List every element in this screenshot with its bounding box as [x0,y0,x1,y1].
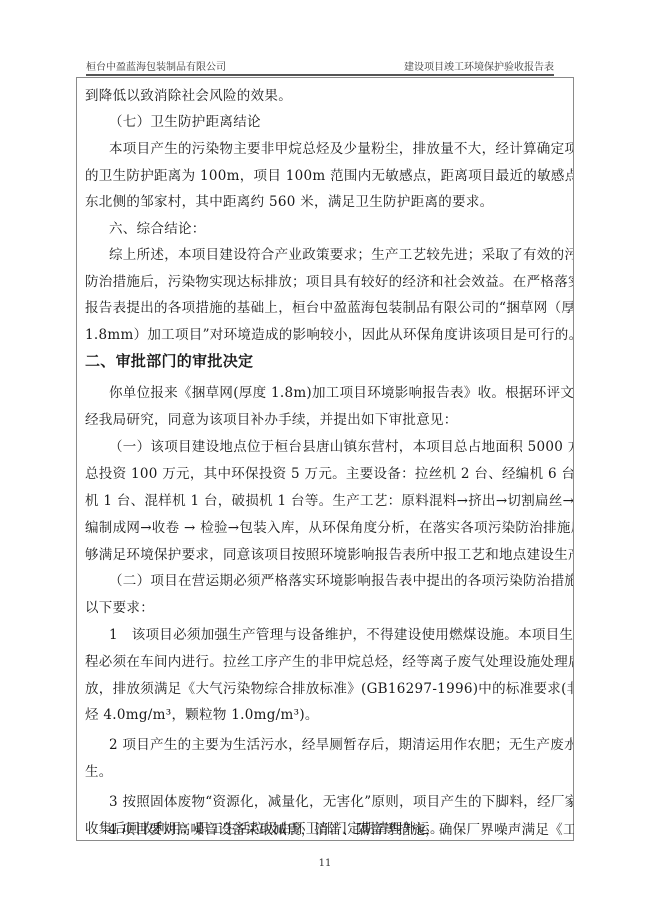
page-header: 桓台中盈蓝海包装制品有限公司 建设项目竣工环境保护验收报告表 [86,58,554,74]
text-line: 经我局研究，同意为该项目补办手续，并提出如下审批意见： [85,408,458,428]
text-line: 生。 [85,760,113,780]
text-line: （二）项目在营运期必须严格落实环境影响报告表中提出的各项污染防治措施和 [109,569,574,589]
text-line: （一）该项目建设地点位于桓台县唐山镇东营村，本项目总占地面积 5000 方米， [109,435,574,455]
header-rule [86,74,554,76]
content-box: 到降低以致消除社会风险的效果。 （七）卫生防护距离结论 本项目产生的污染物主要非… [76,77,574,841]
text-line: 东北侧的邹家村，其中距离约 560 米，满足卫生防护距离的要求。 [85,190,493,210]
subheading-conclusion: 六、综合结论： [109,217,206,237]
text-line: 烃 4.0mg/m³，颗粒物 1.0mg/m³)。 [85,703,319,723]
text-line: 防治措施后，污染物实现达标排放；项目具有较好的经济和社会效益。在严格落实本 [85,270,574,290]
text-line: 到降低以致消除社会风险的效果。 [85,84,292,104]
section-heading-approval: 二、审批部门的审批决定 [85,350,253,371]
text-line: 3 按照固体废物“资源化，减量化，无害化”原则，项目产生的下脚料，经厂家 [109,790,574,810]
text-line: 以下要求： [85,596,154,616]
text-line: 1.8mm）加工项目”对环境造成的影响较小，因此从环保角度讲该项目是可行的。 [85,323,574,343]
header-doc-title: 建设项目竣工环境保护验收报告表 [404,58,554,73]
text-line: 程必须在车间内进行。拉丝工序产生的非甲烷总烃，经等离子废气处理设施处理后排 [85,650,574,670]
text-line: 机 1 台、混样机 1 台，破损机 1 台等。生产工艺：原料混料→挤出→切割扁丝… [85,489,574,509]
text-line: 总投资 100 万元，其中环保投资 5 万元。主要设备：拉丝机 2 台、经编机 … [85,462,574,482]
text-line: 本项目产生的污染物主要非甲烷总烃及少量粉尘，排放量不大，经计算确定项目 [109,137,574,157]
header-company: 桓台中盈蓝海包装制品有限公司 [86,58,226,73]
subheading-sanitary-distance: （七）卫生防护距离结论 [109,110,261,130]
text-line: 综上所述，本项目建设符合产业政策要求；生产工艺较先进；采取了有效的污染 [109,243,574,263]
text-line: 够满足环境保护要求，同意该项目按照环境影响报告表所中报工艺和地点建设生产。 [85,543,574,563]
text-line: 的卫生防护距离为 100m，项目 100m 范围内无敏感点，距离项目最近的敏感点… [85,164,574,184]
text-line: 你单位报来《捆草网(厚度 1.8m)加工项目环境影响报告表》收。根据环评文件， [109,381,574,401]
text-line: 2 项目产生的主要为生活污水，经旱厕暂存后，期清运用作农肥；无生产废水产 [109,733,574,753]
page-number: 11 [0,858,650,869]
text-line: 编制成网→收卷 → 检验→包装入库，从环保角度分析，在落实各项污染防治排施后能 [85,516,574,536]
text-line: 1 该项目必须加强生产管理与设备维护，不得建设使用燃煤设施。本项目生产过 [109,623,574,643]
text-line: 4 项目要对高噪音设备采取减震，消音、隔音等措施，确保厂界噪声满足《工业 [108,818,574,838]
text-line: 报告表提出的各项措施的基础上，桓台中盈蓝海包装制品有限公司的“捆草网（厚度 [85,296,574,316]
text-line: 放，排放须满足《大气污染物综合排放标准》(GB16297-1996)中的标准要求… [85,677,574,697]
